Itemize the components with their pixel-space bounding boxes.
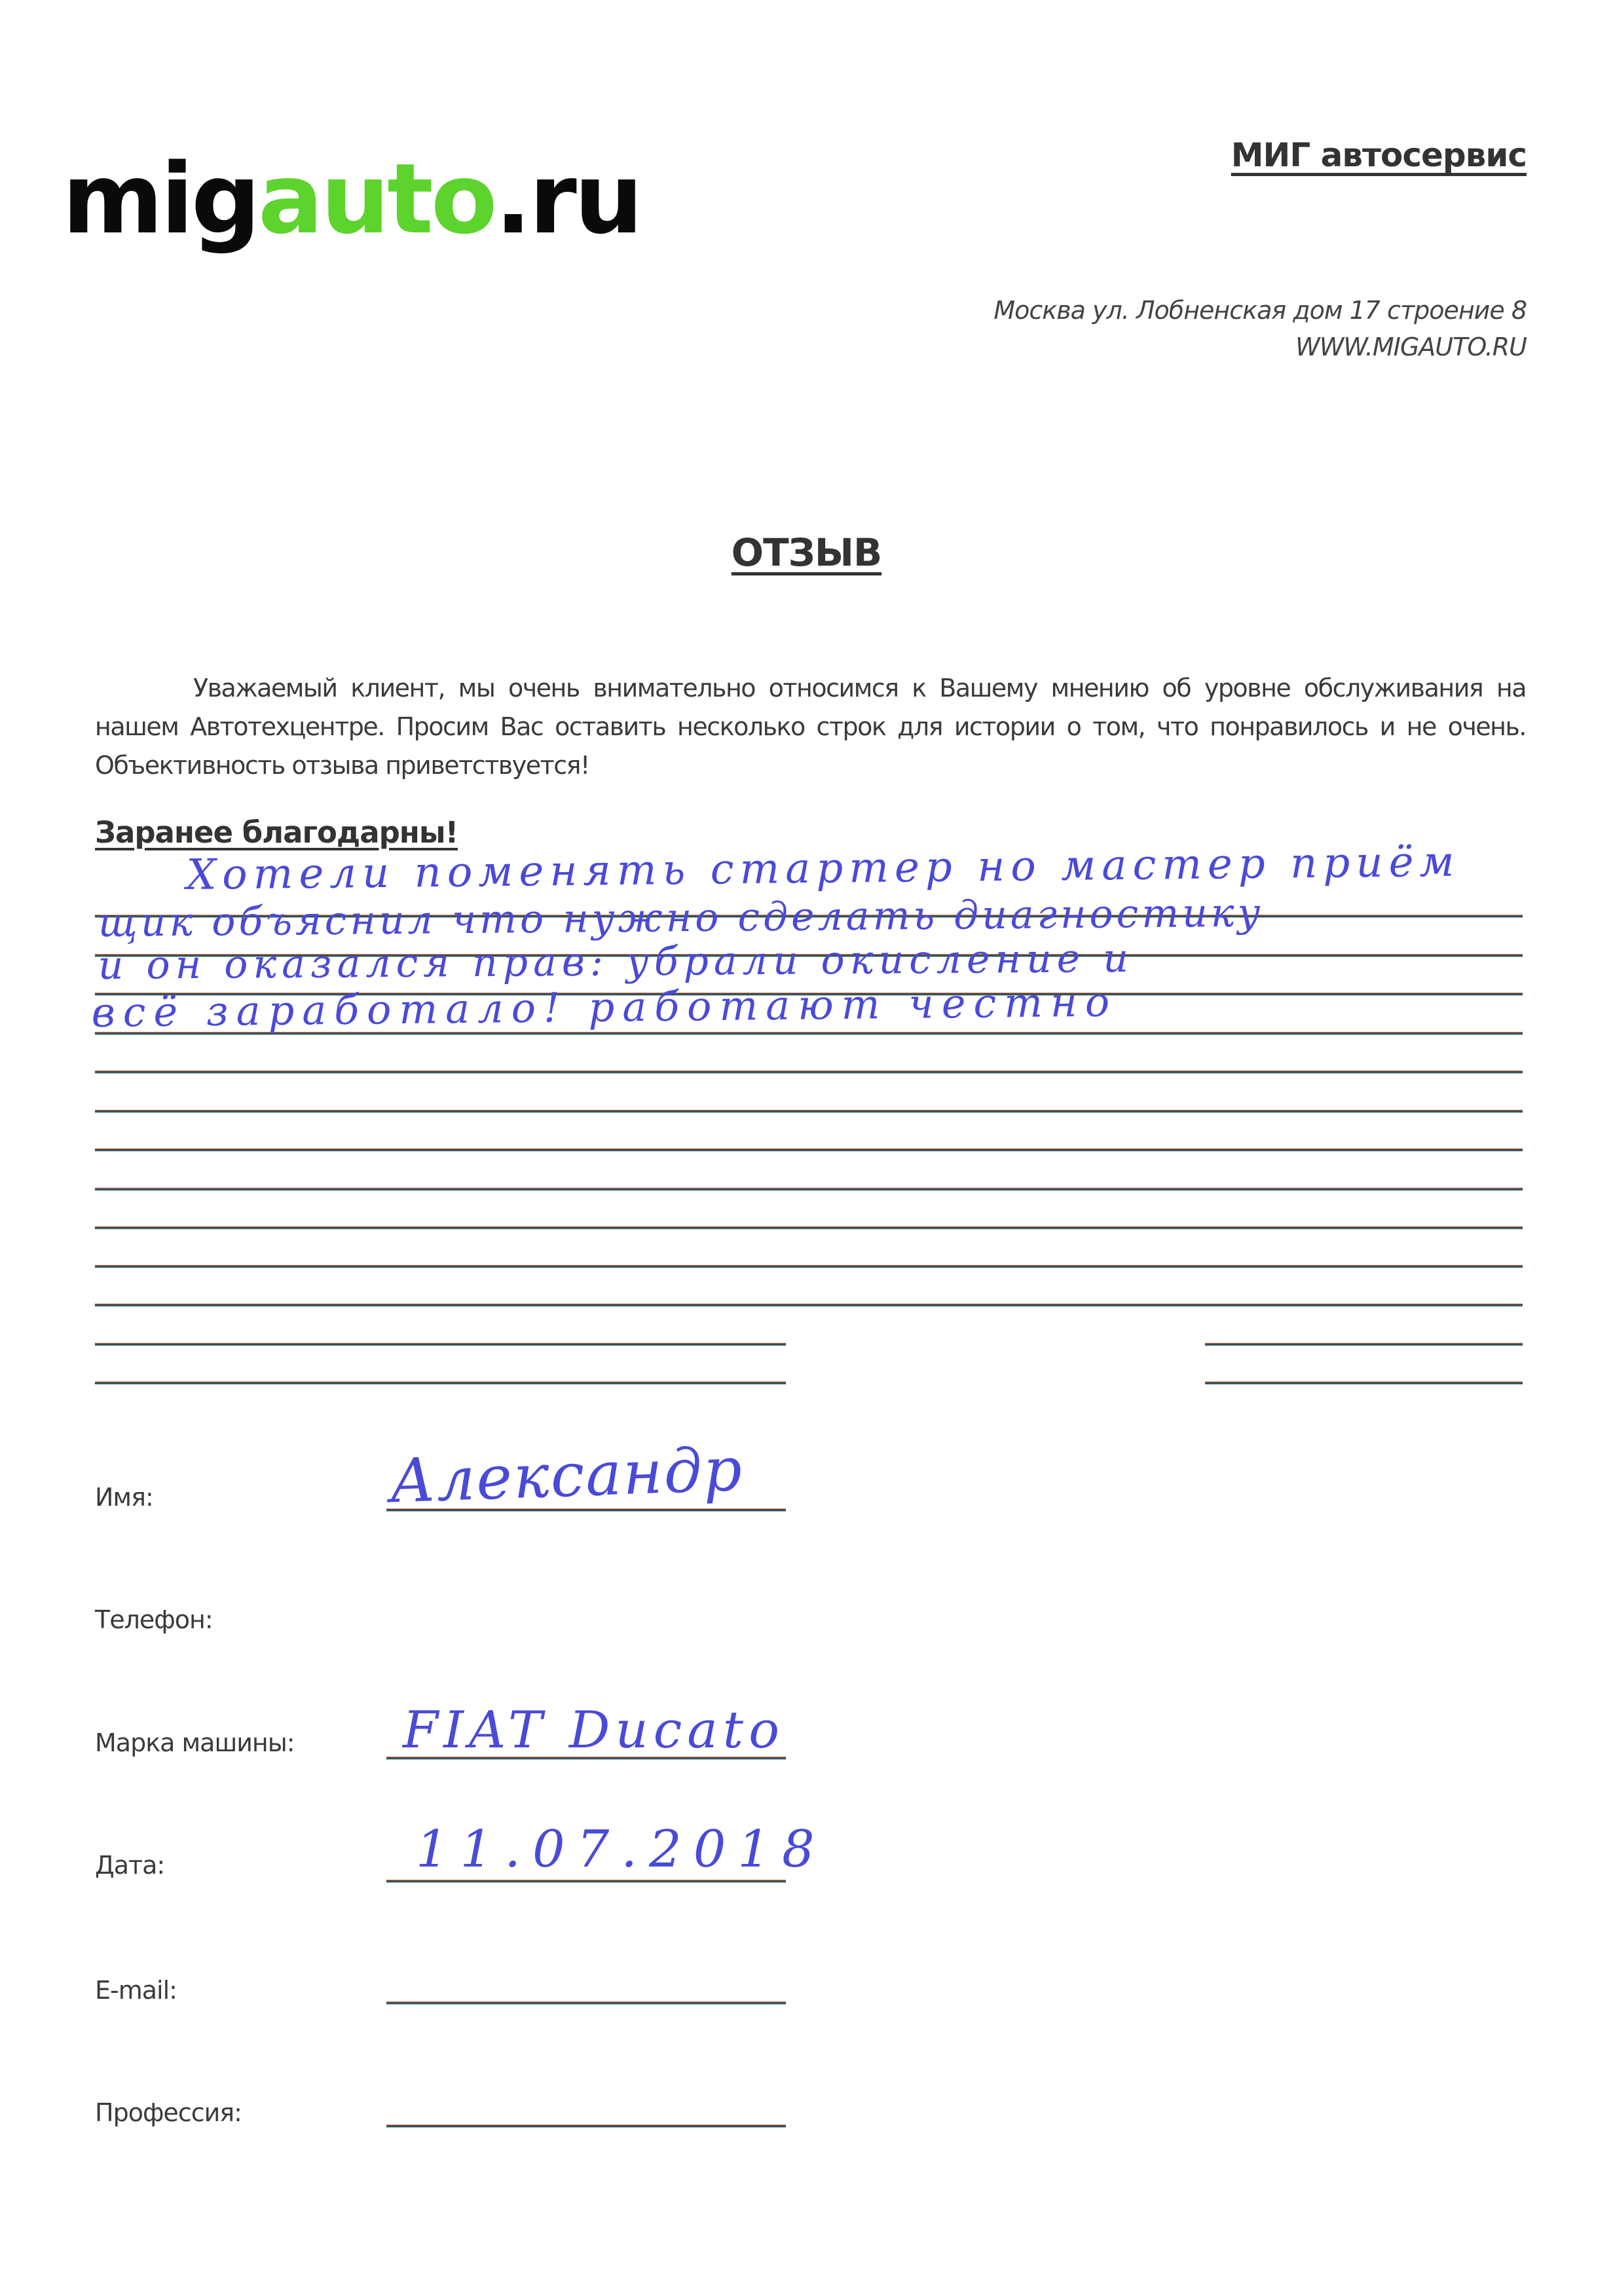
date-label: Дата: xyxy=(95,1851,164,1880)
company-website: WWW.MIGAUTO.RU xyxy=(1295,333,1527,361)
intro-paragraph: Уважаемый клиент, мы очень внимательно о… xyxy=(95,669,1526,785)
name-label: Имя: xyxy=(95,1483,153,1512)
name-value: Александр xyxy=(388,1434,744,1517)
logo-part-ru: .ru xyxy=(495,143,641,255)
review-rule-line xyxy=(1205,1343,1523,1345)
company-name: МИГ автосервис xyxy=(1231,136,1527,174)
date-value: 11.07.2018 xyxy=(416,1820,826,1879)
review-rule-line xyxy=(1205,1382,1523,1384)
email-label: E-mail: xyxy=(95,1976,177,2005)
review-rule-line xyxy=(95,1188,1523,1190)
review-rule-line xyxy=(95,1266,1523,1267)
logo-part-mig: mig xyxy=(62,143,258,255)
logo-part-auto: auto xyxy=(258,143,495,255)
review-rule-line xyxy=(95,1149,1523,1151)
review-rule-line xyxy=(95,1304,1523,1306)
review-rule-line xyxy=(95,1382,786,1384)
review-rule-line xyxy=(95,1071,1523,1073)
logo: migauto.ru xyxy=(62,151,640,247)
profession-field[interactable] xyxy=(386,2125,786,2127)
company-address: Москва ул. Лобненская дом 17 строение 8 xyxy=(993,296,1527,325)
review-rule-line xyxy=(95,1227,1523,1229)
review-line: всё заработало! работают честно xyxy=(91,978,1117,1036)
review-rule-line xyxy=(95,1110,1523,1112)
review-rule-line xyxy=(95,1343,786,1345)
document-title-wrap: ОТЗЫВ xyxy=(0,530,1613,575)
email-field[interactable] xyxy=(386,2002,786,2004)
profession-label: Профессия: xyxy=(95,2098,242,2127)
date-field[interactable] xyxy=(386,1880,786,1882)
thanks-heading: Заранее благодарны! xyxy=(95,815,458,850)
document-title: ОТЗЫВ xyxy=(732,530,881,575)
car-brand-value: FIAT Ducato xyxy=(403,1701,785,1760)
phone-label: Телефон: xyxy=(95,1605,213,1634)
car-brand-label: Марка машины: xyxy=(95,1728,295,1757)
